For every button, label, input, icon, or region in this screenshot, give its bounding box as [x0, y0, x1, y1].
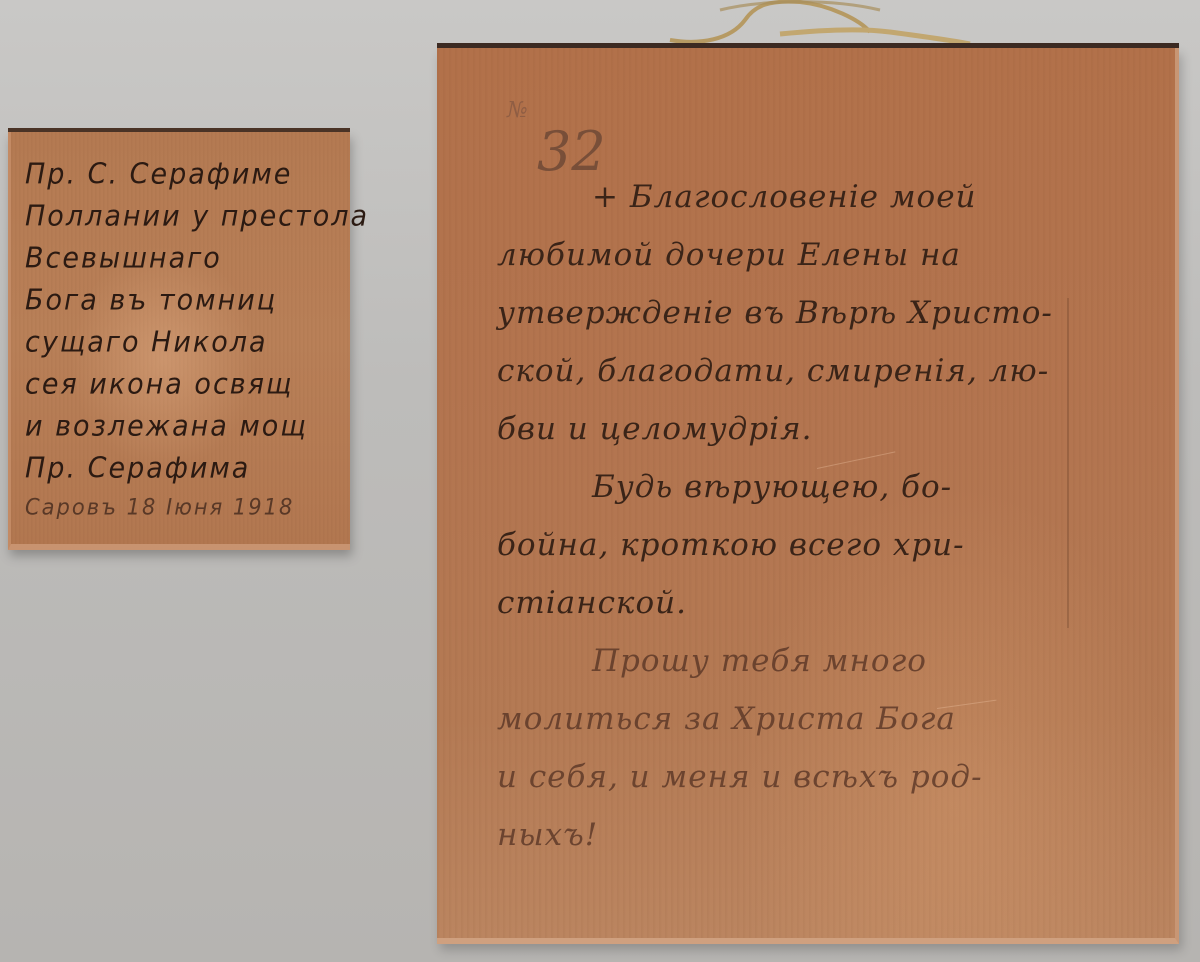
inscription-line: Бога въ томниц [25, 279, 344, 323]
inscription-line: + Благословеніе моей [497, 168, 1155, 226]
inscription-line: сущаго Никола [25, 321, 344, 365]
inscription-line: ской, благодати, смиренія, лю- [497, 342, 1155, 400]
inscription-line: Прошу тебя много [497, 632, 1155, 690]
inscription-line: стіанской. [497, 574, 1155, 632]
inscription-line: Всевышнаго [25, 237, 344, 281]
inscription-line: молиться за Христа Бога [497, 690, 1155, 748]
photo-scene: Пр. С. Серафиме Поллании у престола Всев… [0, 0, 1200, 962]
inscription-date-line: Саровъ 18 Іюня 1918 [25, 489, 344, 525]
inscription-line: Пр. Серафима [25, 447, 344, 491]
inscription-line: утвержденіе въ Вѣрѣ Христо- [497, 284, 1155, 342]
inscription-line: Пр. С. Серафиме [25, 153, 344, 197]
large-icon-board: № 32 + Благословеніе моей любимой дочери… [437, 48, 1179, 944]
inscription-line: бви и целомудрія. [497, 400, 1155, 458]
small-icon-board: Пр. С. Серафиме Поллании у престола Всев… [8, 132, 350, 550]
large-board-inscription: + Благословеніе моей любимой дочери Елен… [497, 168, 1155, 864]
inscription-line: Поллании у престола [25, 195, 344, 239]
inscription-line: ныхъ! [497, 806, 1155, 864]
inscription-line: и возлежана мощ [25, 405, 344, 449]
number-sign: № [507, 98, 528, 123]
inscription-line: и себя, и меня и всѣхъ род- [497, 748, 1155, 806]
inscription-line: Будь вѣрующею, бо- [497, 458, 1155, 516]
inscription-line: сея икона освящ [25, 363, 344, 407]
inscription-line: любимой дочери Елены на [497, 226, 1155, 284]
small-board-inscription: Пр. С. Серафиме Поллании у престола Всев… [25, 154, 344, 524]
inscription-line: бойна, кроткою всего хри- [497, 516, 1155, 574]
hanging-cord [660, 0, 980, 50]
